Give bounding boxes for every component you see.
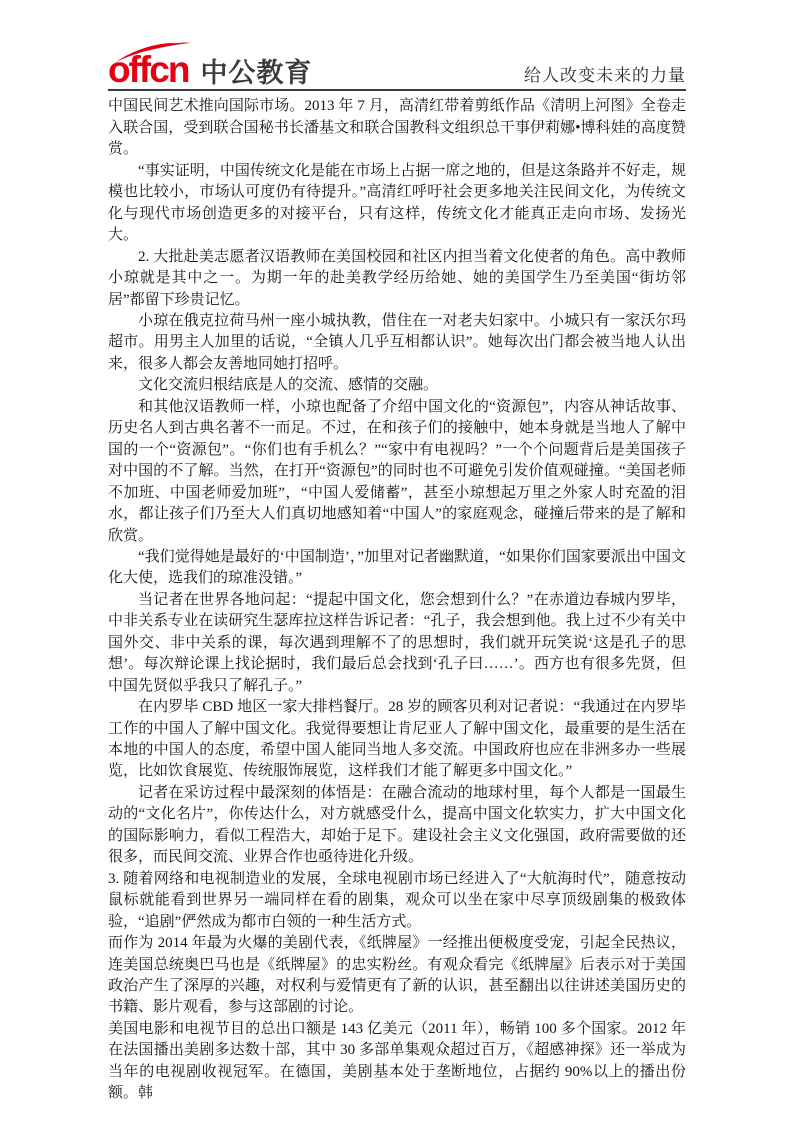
paragraph: 记者在采访过程中最深刻的体悟是：在融合流动的地球村里，每个人都是一国最生动的“文… — [108, 783, 686, 869]
paragraph: 中国民间艺术推向国际市场。2013 年 7 月，高清红带着剪纸作品《清明上河图》… — [108, 96, 686, 160]
paragraph: 3. 随着网络和电视制造业的发展，全球电视剧市场已经进入了“大航海时代”，随意按… — [108, 869, 686, 933]
swoosh-icon — [114, 42, 194, 64]
paragraph: “事实证明，中国传统文化是能在市场上占据一席之地的，但是这条路并不好走，规模也比… — [108, 161, 686, 247]
document-page: offcn 中公教育 给人改变未来的力量 中国民间艺术推向国际市场。2013 年… — [108, 0, 686, 1105]
page-header: offcn 中公教育 给人改变未来的力量 — [108, 0, 686, 91]
paragraph: 美国电影和电视节目的总出口额是 143 亿美元（2011 年），畅销 100 多… — [108, 1019, 686, 1105]
paragraph: 和其他汉语教师一样，小琼也配备了介绍中国文化的“资源包”，内容从神话故事、历史名… — [108, 397, 686, 547]
document-body: 中国民间艺术推向国际市场。2013 年 7 月，高清红带着剪纸作品《清明上河图》… — [108, 91, 686, 1104]
paragraph: 在内罗毕 CBD 地区一家大排档餐厅。28 岁的顾客贝利对记者说：“我通过在内罗… — [108, 697, 686, 783]
offcn-logo-text: offcn — [108, 54, 188, 85]
header-tagline: 给人改变未来的力量 — [524, 67, 686, 86]
paragraph: 文化交流归根结底是人的交流、感情的交融。 — [108, 375, 686, 396]
paragraph: 而作为 2014 年最为火爆的美剧代表，《纸牌屋》一经推出便极度受宠，引起全民热… — [108, 933, 686, 1019]
paragraph: 2. 大批赴美志愿者汉语教师在美国校园和社区内担当着文化使者的角色。高中教师小琼… — [108, 247, 686, 311]
paragraph: “我们觉得她是最好的‘中国制造’，”加里对记者幽默道，“如果你们国家要派出中国文… — [108, 547, 686, 590]
paragraph: 小琼在俄克拉荷马州一座小城执教，借住在一对老夫妇家中。小城只有一家沃尔玛超市。用… — [108, 311, 686, 375]
paragraph: 当记者在世界各地问起：“提起中国文化，您会想到什么？”在赤道边春城内罗毕，中非关… — [108, 590, 686, 697]
brand-name: 中公教育 — [200, 60, 312, 87]
offcn-logo: offcn 中公教育 — [108, 54, 312, 85]
